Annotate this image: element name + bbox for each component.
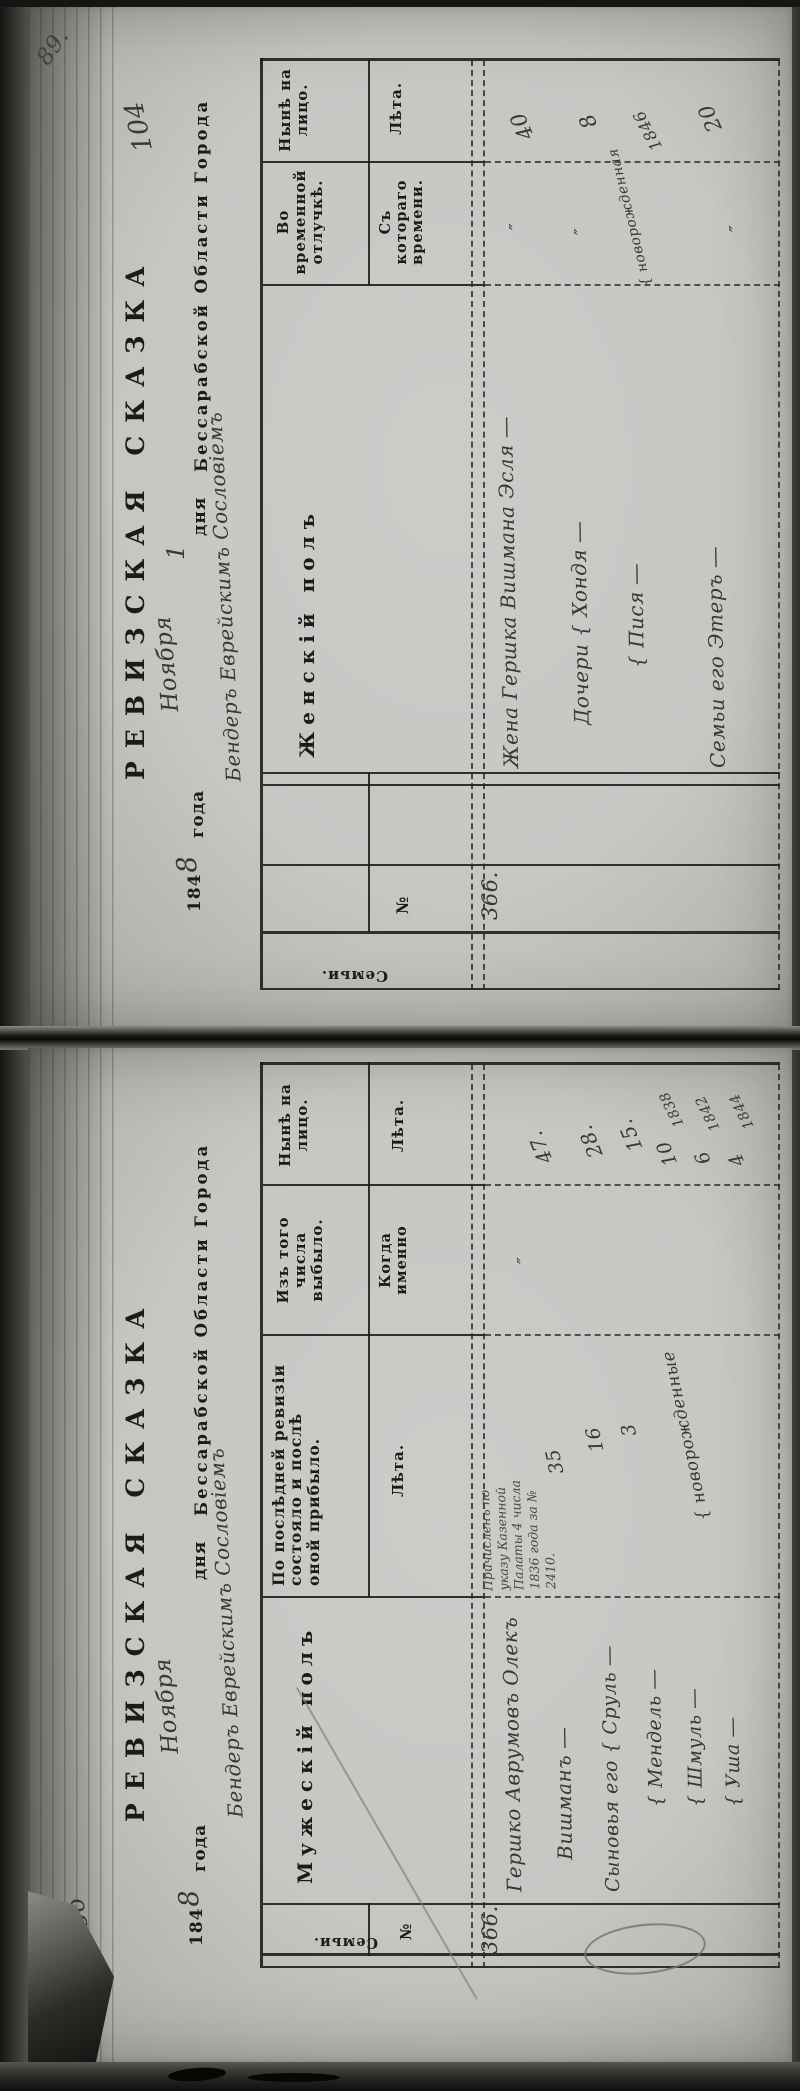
entry-name: Жена Гершка Вишмана Эсля ―	[493, 417, 523, 769]
ink-blot	[248, 2073, 340, 2082]
revision-age: 16	[582, 1425, 609, 1454]
revision-age: 35	[542, 1447, 569, 1476]
column-header-female-sex: Женскій полъ	[296, 507, 318, 758]
away-note: { новорожденная	[605, 147, 655, 288]
column-header-present-sub: Лѣта.	[390, 1099, 407, 1152]
handwritten-place: Бендеръ Еврейскимъ Сословіемъ	[204, 1447, 247, 1818]
age-value: 1846	[629, 107, 666, 154]
column-header-number: №	[394, 896, 412, 914]
age-value: 47.	[523, 1127, 558, 1167]
age-value: 8	[574, 110, 602, 132]
column-header-left-sub: Когда именно	[378, 1198, 410, 1322]
handwritten-year-digit: 8	[173, 1888, 206, 1909]
age-value: 10	[652, 1138, 682, 1170]
entry-name: { Уша ―	[721, 1717, 745, 1807]
page-male: РЕВИЗСКАЯ СКАЗКА 184 8 года Ноября дня Б…	[28, 1048, 792, 2062]
column-header-male-sex: Мужескій полъ	[294, 1625, 316, 1884]
away-ditto: ″	[571, 228, 592, 235]
age-value: 4	[724, 1150, 749, 1170]
column-header-away: Во временной отлучкѣ.	[275, 165, 325, 279]
page-title: РЕВИЗСКАЯ СКАЗКА	[122, 260, 150, 780]
when-ditto: ″	[514, 1257, 535, 1264]
age-value: 15.	[613, 1115, 648, 1155]
away-ditto: ″	[726, 225, 747, 232]
book-scan: РЕВИЗСКАЯ СКАЗКА 184 8 года Ноября 1 дня…	[0, 0, 800, 2091]
entry-name: { Мендель ―	[643, 1669, 667, 1807]
family-number: 366.	[478, 871, 502, 920]
handwritten-place: Бендеръ Еврейскимъ Сословіемъ	[202, 411, 245, 782]
column-header-last-revision-sub: Лѣта.	[390, 1444, 407, 1497]
entry-name: Семьи его Этеръ ―	[702, 547, 730, 769]
entry-name: Вишманъ ―	[551, 1727, 577, 1860]
column-header-present-sub: Лѣта.	[388, 82, 405, 135]
column-header-number: №	[398, 1923, 415, 1940]
handwritten-month: Ноября	[150, 1657, 184, 1755]
handwritten-month: Ноября	[150, 615, 184, 713]
entry-name: { Шмуль ―	[683, 1688, 707, 1807]
entry-name: Сыновья его { Сруль ―	[598, 1646, 624, 1893]
age-value: 20	[693, 101, 726, 136]
entry-name: Дочери { Хондя ―	[566, 521, 594, 725]
year-word: года	[189, 790, 208, 838]
age-value: 40	[505, 109, 538, 144]
page-title: РЕВИЗСКАЯ СКАЗКА	[122, 1302, 150, 1822]
year-word: года	[191, 1824, 210, 1872]
day-word: дня	[191, 1541, 210, 1580]
column-header-present: Нынѣ на лицо.	[277, 1070, 311, 1180]
revision-age: 3	[617, 1421, 641, 1438]
column-header-last-revision: По послѣдней ревизіи состояло и послѣ он…	[270, 1361, 322, 1586]
age-value: 28.	[573, 1121, 608, 1161]
page-male-content: РЕВИЗСКАЯ СКАЗКА 184 8 года Ноября дня Б…	[28, 1048, 792, 2062]
birth-year: 1844	[727, 1091, 758, 1132]
page-female: РЕВИЗСКАЯ СКАЗКА 184 8 года Ноября 1 дня…	[28, 6, 792, 1030]
age-value: 6	[690, 1148, 715, 1168]
top-mat-edge	[0, 0, 800, 7]
newborn-note: { новорожденные	[658, 1349, 714, 1522]
handwritten-year-digit: 8	[171, 854, 204, 875]
column-header-left: Изъ того числа выбыло.	[275, 1191, 325, 1329]
entry-name: Гершко Аврумовъ Олекъ	[498, 1617, 527, 1892]
birth-year: 1842	[693, 1093, 724, 1134]
column-header-present: Нынѣ на лицо.	[277, 62, 311, 158]
year-printed: 184	[186, 874, 205, 913]
handwritten-day: 1	[162, 544, 190, 560]
entry-name: { Пися ―	[623, 564, 649, 669]
away-ditto: ″	[506, 223, 527, 230]
birth-year: 1838	[657, 1089, 688, 1130]
page-female-content: РЕВИЗСКАЯ СКАЗКА 184 8 года Ноября 1 дня…	[28, 6, 792, 1030]
book-binding-gutter	[0, 1026, 800, 1050]
column-header-away-sub: Съ котораго времени.	[378, 165, 427, 279]
column-header-family: Семьи.	[273, 967, 388, 984]
table-surface	[0, 2062, 800, 2091]
column-header-family: Семьи.	[268, 1934, 378, 1950]
folio-number: 104	[119, 98, 159, 154]
year-printed: 184	[188, 1908, 207, 1947]
family-number: 366.	[478, 1905, 502, 1954]
